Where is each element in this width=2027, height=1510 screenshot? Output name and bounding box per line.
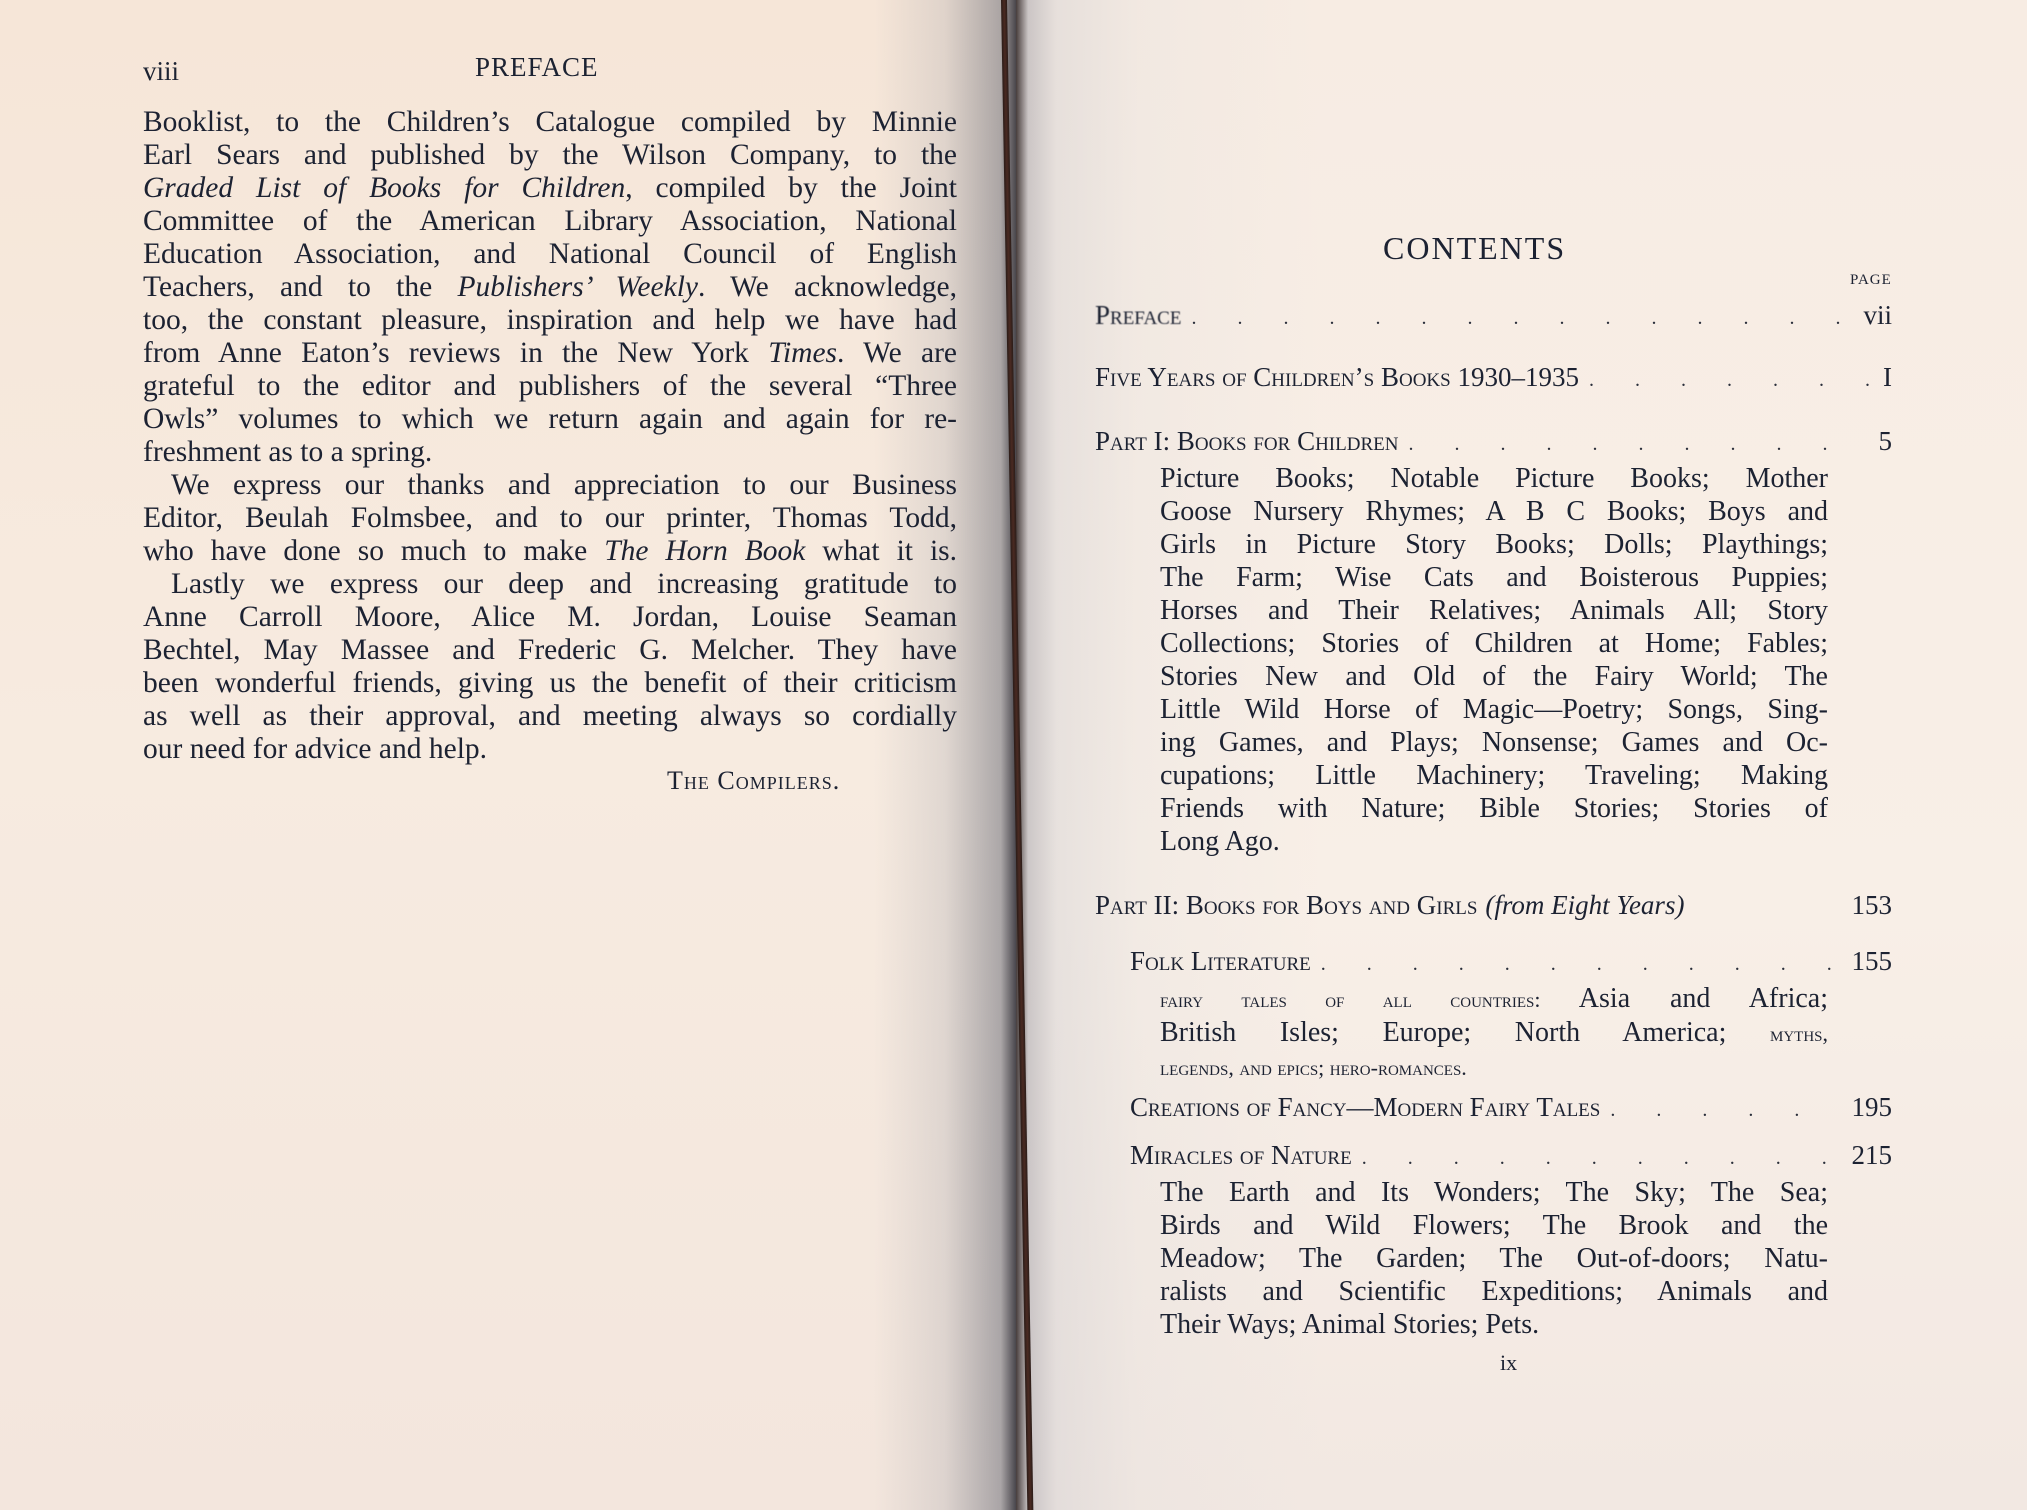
text-line: grateful to the editor and publishers of… xyxy=(143,370,957,403)
text-line: Lastly we express our deep and increasin… xyxy=(143,568,957,601)
text-fragment: , compiled by the Joint xyxy=(625,172,957,204)
desc-line: Stories New and Old of the Fairy World; … xyxy=(1160,660,1828,693)
desc-line: Horses and Their Relatives; Animals All;… xyxy=(1160,594,1828,627)
desc-line: Little Wild Horse of Magic—Poetry; Songs… xyxy=(1160,693,1828,726)
italic-title: Times xyxy=(768,337,837,369)
toc-page-number: 195 xyxy=(1838,1092,1893,1123)
toc-entry-part-1[interactable]: Part I: Books for Children . . . . . . .… xyxy=(1095,426,1892,457)
contents-heading: CONTENTS xyxy=(1383,230,1566,267)
text-fragment: what it is. xyxy=(805,535,957,567)
text-line: Bechtel, May Massee and Frederic G. Melc… xyxy=(143,634,957,667)
toc-page-number: 153 xyxy=(1838,890,1893,921)
toc-description-folk-literature: fairy tales of all countries: Asia and A… xyxy=(1160,982,1828,1084)
text-line: too, the constant pleasure, inspiration … xyxy=(143,304,957,337)
toc-title: Part I: Books for Children xyxy=(1095,426,1398,457)
toc-subtitle: (from Eight Years) xyxy=(1477,890,1684,921)
dot-leader: . . . . . . . . . . . . . . . . . . . . … xyxy=(1181,307,1849,330)
desc-line: The Farm; Wise Cats and Boisterous Puppi… xyxy=(1160,561,1828,594)
toc-entry-miracles-of-nature[interactable]: Miracles of Nature . . . . . . . . . . .… xyxy=(1130,1140,1892,1171)
toc-title: Five Years of Children’s Books 1930–1935 xyxy=(1095,362,1579,393)
text-line: Earl Sears and published by the Wilson C… xyxy=(143,139,957,172)
text-fragment: Teachers, and to the xyxy=(143,271,458,303)
desc-line: ralists and Scientific Expeditions; Anim… xyxy=(1160,1275,1828,1308)
text-line: Education Association, and National Coun… xyxy=(143,238,957,271)
toc-entry-creations-of-fancy[interactable]: Creations of Fancy—Modern Fairy Tales . … xyxy=(1130,1092,1892,1123)
small-caps-fragment: fairy tales of all countries: xyxy=(1160,987,1541,1012)
text-line: freshment as to a spring. xyxy=(143,436,957,469)
desc-line: Friends with Nature; Bible Stories; Stor… xyxy=(1160,792,1828,825)
toc-page-number: I xyxy=(1869,362,1892,393)
toc-title: Folk Literature xyxy=(1130,946,1311,977)
dot-leader: . . . . . . . . . . . . . . . . . . . . … xyxy=(1579,369,1869,392)
italic-title: Graded List of Books for Children xyxy=(143,172,625,204)
toc-entry-part-2[interactable]: Part II: Books for Boys and Girls (from … xyxy=(1095,890,1892,921)
small-caps-fragment: legends, and epics; hero-romances. xyxy=(1160,1055,1467,1080)
toc-title: Miracles of Nature xyxy=(1130,1140,1352,1171)
page-column-label: PAGE xyxy=(1850,272,1892,289)
desc-line: Meadow; The Garden; The Out-of-doors; Na… xyxy=(1160,1242,1828,1275)
text-line: been wonderful friends, giving us the be… xyxy=(143,667,957,700)
signature: The Compilers. xyxy=(667,766,840,796)
toc-page-number: 5 xyxy=(1865,426,1893,457)
page-number-left: viii xyxy=(143,56,179,87)
toc-entry-preface[interactable]: Preface . . . . . . . . . . . . . . . . … xyxy=(1095,300,1892,331)
desc-line: Goose Nursery Rhymes; A B C Books; Boys … xyxy=(1160,495,1828,528)
desc-line: legends, and epics; hero-romances. xyxy=(1160,1050,1828,1084)
text-line: Editor, Beulah Folmsbee, and to our prin… xyxy=(143,502,957,535)
text-line: We express our thanks and appreciation t… xyxy=(143,469,957,502)
toc-entry-folk-literature[interactable]: Folk Literature . . . . . . . . . . . . … xyxy=(1130,946,1892,977)
italic-title: Publishers’ Weekly xyxy=(458,271,698,303)
desc-line: Collections; Stories of Children at Home… xyxy=(1160,627,1828,660)
desc-line: Long Ago. xyxy=(1160,825,1828,858)
text-fragment: from Anne Eaton’s reviews in the New Yor… xyxy=(143,337,768,369)
dot-leader: . . . . . . . . . . . . . . . . . . . . … xyxy=(1311,953,1838,976)
toc-description-miracles-of-nature: The Earth and Its Wonders; The Sky; The … xyxy=(1160,1176,1828,1341)
desc-line: cupations; Little Machinery; Traveling; … xyxy=(1160,759,1828,792)
desc-line: Picture Books; Notable Picture Books; Mo… xyxy=(1160,462,1828,495)
text-line: Owls” volumes to which we return again a… xyxy=(143,403,957,436)
text-line: as well as their approval, and meeting a… xyxy=(143,700,957,733)
desc-line: Their Ways; Animal Stories; Pets. xyxy=(1160,1308,1828,1341)
text-fragment: Asia and Africa; xyxy=(1541,983,1828,1014)
text-line: Teachers, and to the Publishers’ Weekly.… xyxy=(143,271,957,304)
desc-line: British Isles; Europe; North America; my… xyxy=(1160,1016,1828,1050)
italic-title: The Horn Book xyxy=(604,535,805,567)
desc-line: Birds and Wild Flowers; The Brook and th… xyxy=(1160,1209,1828,1242)
running-head: PREFACE xyxy=(475,52,599,83)
text-line: Booklist, to the Children’s Catalogue co… xyxy=(143,106,957,139)
desc-line: The Earth and Its Wonders; The Sky; The … xyxy=(1160,1176,1828,1209)
dot-leader: . . . . . . . . . . . . . . . . . . . . … xyxy=(1352,1147,1838,1170)
toc-title: Preface xyxy=(1095,300,1181,331)
toc-page-number: 215 xyxy=(1838,1140,1893,1171)
text-fragment: . We acknowledge, xyxy=(698,271,957,303)
text-line: our need for advice and help. xyxy=(143,733,957,766)
toc-description-part-1: Picture Books; Notable Picture Books; Mo… xyxy=(1160,462,1828,858)
toc-page-number: 155 xyxy=(1838,946,1893,977)
text-fragment: . We are xyxy=(837,337,957,369)
text-line: Graded List of Books for Children, compi… xyxy=(143,172,957,205)
text-line: Anne Carroll Moore, Alice M. Jordan, Lou… xyxy=(143,601,957,634)
text-line: Committee of the American Library Associ… xyxy=(143,205,957,238)
toc-entry-five-years[interactable]: Five Years of Children’s Books 1930–1935… xyxy=(1095,362,1892,393)
desc-line: ing Games, and Plays; Nonsense; Games an… xyxy=(1160,726,1828,759)
dot-leader: . . . . . . . . . . . . . . . . . . . . … xyxy=(1398,433,1864,456)
text-line: from Anne Eaton’s reviews in the New Yor… xyxy=(143,337,957,370)
text-line: who have done so much to make The Horn B… xyxy=(143,535,957,568)
desc-line: fairy tales of all countries: Asia and A… xyxy=(1160,982,1828,1016)
toc-title: Creations of Fancy—Modern Fairy Tales xyxy=(1130,1092,1600,1123)
small-caps-fragment: myths, xyxy=(1770,1021,1828,1046)
toc-page-number: vii xyxy=(1849,300,1892,331)
text-fragment: British Isles; Europe; North America; xyxy=(1160,1017,1770,1048)
dot-leader: . . . . . . . . . . . . . . . . . . . . … xyxy=(1600,1099,1837,1122)
toc-title: Part II: Books for Boys and Girls xyxy=(1095,890,1477,921)
desc-line: Girls in Picture Story Books; Dolls; Pla… xyxy=(1160,528,1828,561)
page-number-right: ix xyxy=(1500,1350,1517,1376)
text-fragment: who have done so much to make xyxy=(143,535,604,567)
